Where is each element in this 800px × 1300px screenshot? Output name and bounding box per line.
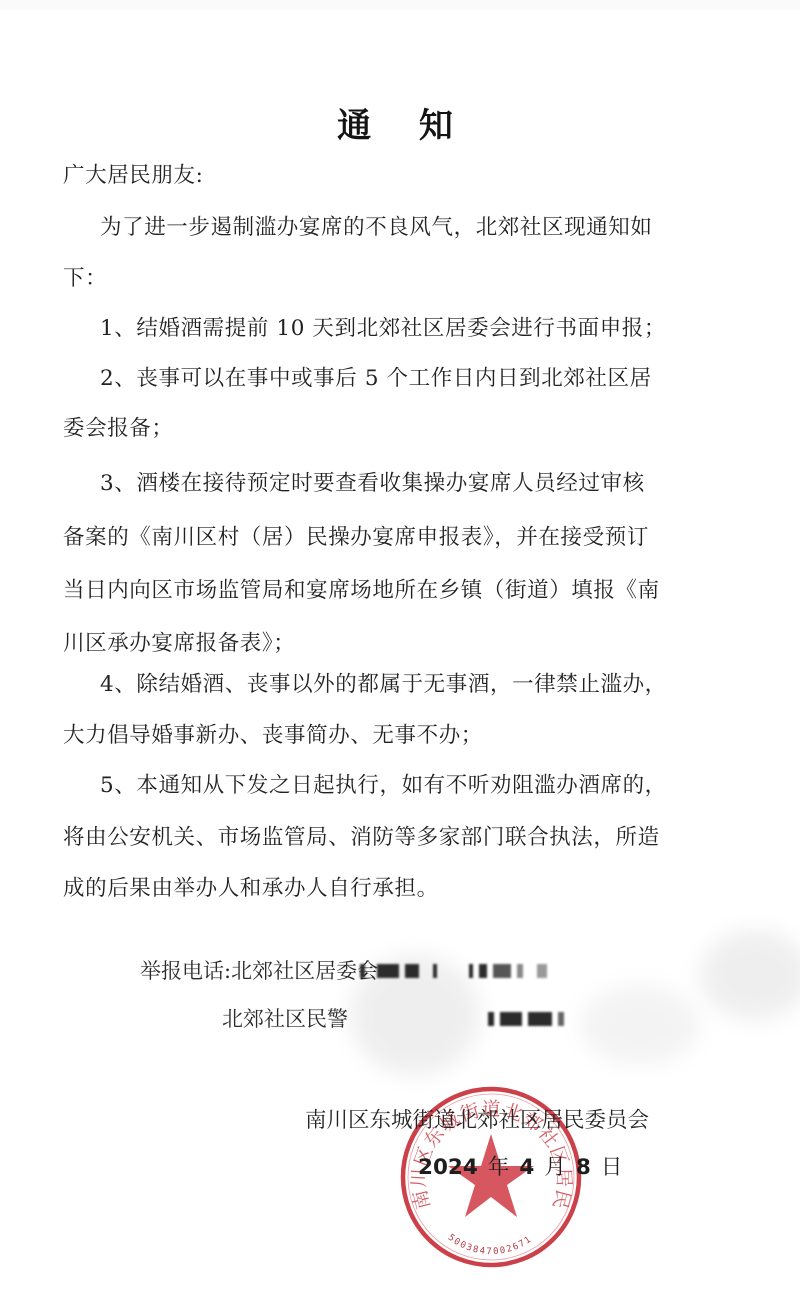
item-3-line-2: 备案的《南川区村（居）民操办宴席申报表》，并在接受预订 <box>63 520 649 551</box>
hotline-committee-label: 举报电话:北郊社区居委会 <box>140 955 378 985</box>
item-4-line-1: 4、除结婚酒、丧事以外的都属于无事酒，一律禁止滥办， <box>100 667 667 698</box>
item-5-line-2: 将由公安机关、市场监管局、消防等多家部门联合执法，所造 <box>63 820 660 851</box>
issuer-signature: 南川区东城街道北郊社区居民委员会 <box>305 1103 649 1134</box>
blur-smudge <box>580 985 700 1065</box>
date-month-unit: 月 <box>544 1155 566 1180</box>
item-2-line-1: 2、丧事可以在事中或事后 5 个工作日内日到北郊社区居 <box>100 361 652 392</box>
item-3-line-1: 3、酒楼在接待预定时要查看收集操办宴席人员经过审核 <box>100 466 645 497</box>
date-year: 2024 <box>418 1155 478 1180</box>
item-4-line-2: 大力倡导婚事新办、丧事简办、无事不办； <box>63 718 483 749</box>
item-5-line-1: 5、本通知从下发之日起执行，如有不听劝阻滥办酒席的， <box>100 768 667 799</box>
hotline-police-label: 北郊社区民警 <box>222 1003 348 1033</box>
date-day: 8 <box>576 1155 591 1180</box>
item-3-line-4: 川区承办宴席报备表》； <box>63 626 295 657</box>
blur-smudge <box>700 930 800 1020</box>
item-5-line-3: 成的后果由举办人和承办人自行承担。 <box>63 871 439 902</box>
item-2-line-2: 委会报备； <box>63 411 174 442</box>
date-year-unit: 年 <box>488 1155 510 1180</box>
redacted-phone-committee <box>360 962 547 980</box>
document-title: 通 知 <box>0 98 800 147</box>
date-day-unit: 日 <box>601 1155 623 1180</box>
redacted-phone-police <box>488 1010 564 1028</box>
intro-line-1: 为了进一步遏制滥办宴席的不良风气，北郊社区现通知如 <box>100 210 653 241</box>
notice-document: 通 知 广大居民朋友: 为了进一步遏制滥办宴席的不良风气，北郊社区现通知如 下：… <box>0 0 800 1300</box>
intro-line-2: 下： <box>63 261 107 292</box>
date-month: 4 <box>519 1155 534 1180</box>
item-3-line-3: 当日内向区市场监管局和宴席场地所在乡镇（街道）填报《南 <box>63 573 660 604</box>
issue-date: 2024年4月8日 <box>418 1150 632 1181</box>
item-1-line-1: 1、结婚酒需提前 10 天到北郊社区居委会进行书面申报； <box>100 311 666 342</box>
salutation: 广大居民朋友: <box>63 158 203 189</box>
